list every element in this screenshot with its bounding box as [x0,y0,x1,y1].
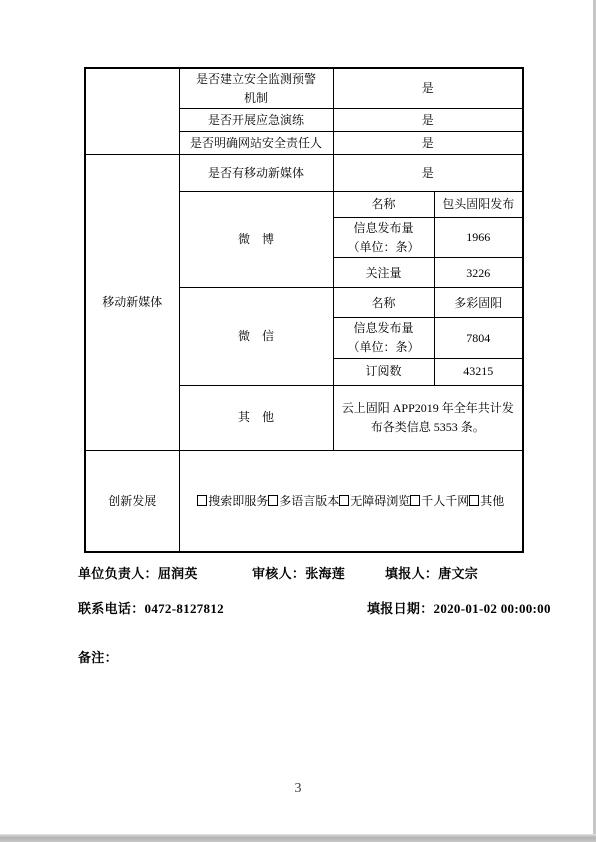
other-group-label: 其 他 [179,385,333,450]
wechat-name-label: 名称 [333,288,434,318]
page-bottom-edge [0,834,596,842]
other-value-cell: 云上固阳 APP2019 年全年共计发布各类信息 5353 条。 [333,385,523,450]
innovation-option-label: 其他 [480,494,504,508]
document-page: 是否建立安全监测预警 机制 是 是否开展应急演练 是 是否明确网站安全责任人 是… [0,0,596,842]
checkbox-icon[interactable] [469,495,479,506]
table-row: 是否建立安全监测预警 机制 是 [85,68,523,109]
footer-reviewer-name: 张海莲 [305,566,345,581]
innovation-option: 其他 [469,494,504,508]
left-spacer-cell [85,68,179,155]
weibo-followers-label: 关注量 [333,258,434,288]
weibo-group-label: 微 博 [179,192,333,288]
weibo-followers-value: 3226 [434,258,523,288]
weibo-name-label: 名称 [333,192,434,218]
table-row: 移动新媒体 是否有移动新媒体 是 [85,155,523,192]
question-value-cell: 是 [333,132,523,155]
footer-responsible-name: 屈润英 [158,566,198,581]
innovation-option-label: 千人千网 [421,494,469,508]
wechat-subscribers-label: 订阅数 [333,358,434,385]
section-label-innovation: 创新发展 [85,450,179,552]
page-number: 3 [0,781,596,797]
footer-date-value: 2020-01-02 00:00:00 [434,601,551,616]
footer-reviewer: 审核人：张海莲 [252,566,345,582]
question-label-cell: 是否有移动新媒体 [179,155,333,192]
innovation-option-label: 多语言版本 [279,494,339,508]
footer-phone-label: 联系电话： [78,601,145,616]
table-row: 创新发展 搜索即服务多语言版本无障碍浏览千人千网其他 [85,450,523,552]
weibo-posts-label: 信息发布量 （单位：条） [333,218,434,258]
weibo-name-value: 包头固阳发布 [434,192,523,218]
question-label-cell: 是否开展应急演练 [179,109,333,132]
weibo-posts-value: 1966 [434,218,523,258]
wechat-group-label: 微 信 [179,288,333,385]
checkbox-icon[interactable] [268,495,278,506]
footer-responsible-label: 单位负责人： [78,566,158,581]
footer-responsible-person: 单位负责人：屈润英 [78,566,198,582]
section-label-mobile-media: 移动新媒体 [85,155,179,450]
question-label-cell: 是否建立安全监测预警 机制 [179,68,333,109]
innovation-option: 千人千网 [410,494,469,508]
question-label-cell: 是否明确网站安全责任人 [179,132,333,155]
wechat-subscribers-value: 43215 [434,358,523,385]
innovation-option: 多语言版本 [268,494,339,508]
footer-remarks-label: 备注： [78,650,118,665]
footer-remarks: 备注： [78,650,118,666]
wechat-posts-value: 7804 [434,318,523,358]
footer-phone-number: 0472-8127812 [145,601,224,616]
checkbox-icon[interactable] [339,495,349,506]
question-value-cell: 是 [333,155,523,192]
innovation-option-label: 搜索即服务 [208,494,268,508]
wechat-name-value: 多彩固阳 [434,288,523,318]
wechat-posts-label: 信息发布量 （单位：条） [333,318,434,358]
innovation-option: 搜索即服务 [197,494,268,508]
innovation-options-cell: 搜索即服务多语言版本无障碍浏览千人千网其他 [179,450,523,552]
question-value-cell: 是 [333,68,523,109]
footer-filler-label: 填报人： [385,566,438,581]
footer-date-label: 填报日期： [367,601,434,616]
innovation-option: 无障碍浏览 [339,494,410,508]
footer-filler-name: 唐文宗 [438,566,478,581]
checkbox-icon[interactable] [197,495,207,506]
footer-phone: 联系电话：0472-8127812 [78,601,224,617]
checkbox-icon[interactable] [410,495,420,506]
footer-reviewer-label: 审核人： [252,566,305,581]
footer-filler: 填报人：唐文宗 [385,566,478,582]
report-table: 是否建立安全监测预警 机制 是 是否开展应急演练 是 是否明确网站安全责任人 是… [84,67,524,553]
question-value-cell: 是 [333,109,523,132]
footer-report-date: 填报日期：2020-01-02 00:00:00 [367,601,551,617]
innovation-option-label: 无障碍浏览 [350,494,410,508]
